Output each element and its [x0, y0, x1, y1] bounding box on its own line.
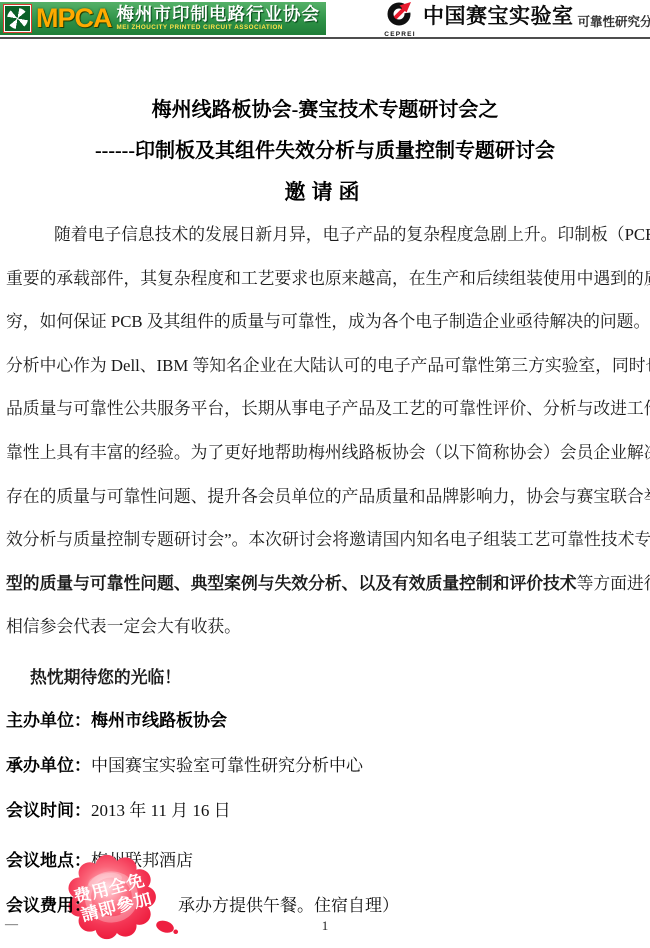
info-row-undertaker: 承办单位：中国赛宝实验室可靠性研究分析中心 [6, 751, 646, 781]
info-label: 会议地点： [6, 851, 91, 870]
seal-drip-dot [173, 930, 178, 935]
info-row-time: 会议时间：2013 年 11 月 16 日 [6, 796, 646, 826]
info-label: 主办单位： [6, 711, 91, 730]
ceprei-logo: CEPREI 中国赛宝实验室 可靠性研究分析中心 [383, 2, 650, 36]
body-line: 型的质量与可靠性问题、典型案例与失效分析、以及有效质量控制和评价技术等方面进行技… [6, 562, 646, 606]
body-text: 相信参会代表一定会大有收获。 [6, 617, 241, 636]
body-text: 随着电子信息技术的发展日新月异，电子产品的复杂程度急剧上升。印制板（PCB）作为… [54, 225, 650, 244]
info-value: 中国赛宝实验室可靠性研究分析中心 [91, 756, 363, 775]
body-line: 分析中心作为 Dell、IBM 等知名企业在大陆认可的电子产品可靠性第三方实验室… [6, 344, 646, 388]
mpca-chinese-name: 梅州市印制电路行业协会 [117, 5, 321, 24]
title-line-3: 邀请函 [0, 176, 650, 206]
mpca-english-name: MEI ZHOUCITY PRINTED CIRCUIT ASSOCIATION [117, 24, 321, 32]
body-text: 分析中心作为 Dell、IBM 等知名企业在大陆认可的电子产品可靠性第三方实验室… [6, 356, 650, 375]
body-text: 存在的质量与可靠性问题、提升各会员单位的产品质量和品牌影响力，协会与赛宝联合举办… [6, 487, 650, 506]
body-line: 靠性上具有丰富的经验。为了更好地帮助梅州线路板协会（以下简称协会）会员企业解决 … [6, 431, 646, 475]
body-text: 效分析与质量控制专题研讨会”。本次研讨会将邀请国内知名电子组装工艺可靠性技术专家… [6, 530, 650, 549]
header-divider [0, 37, 650, 39]
body-text: 靠性上具有丰富的经验。为了更好地帮助梅州线路板协会（以下简称协会）会员企业解决 … [6, 443, 650, 462]
title-line-2: ------印制板及其组件失效分析与质量控制专题研讨会 [0, 134, 650, 163]
body-text-bold: 型的质量与可靠性问题、典型案例与失效分析、以及有效质量控制和评价技术 [6, 574, 577, 593]
info-value: 承办方提供午餐。住宿自理） [178, 891, 399, 921]
pinwheel-glyph [7, 8, 28, 29]
body-paragraph: 随着电子信息技术的发展日新月异，电子产品的复杂程度急剧上升。印制板（PCB）作为… [6, 213, 646, 700]
info-value: 梅州市线路板协会 [91, 711, 227, 730]
info-label: 承办单位： [6, 756, 91, 775]
body-line: 效分析与质量控制专题研讨会”。本次研讨会将邀请国内知名电子组装工艺可靠性技术专家… [6, 518, 646, 562]
document-page: MPCA 梅州市印制电路行业协会 MEI ZHOUCITY PRINTED CI… [0, 0, 650, 948]
body-line: 穷，如何保证 PCB 及其组件的质量与可靠性，成为各个电子制造企业亟待解决的问题… [6, 300, 646, 344]
body-line: 相信参会代表一定会大有收获。 [6, 605, 646, 649]
ceprei-main-name: 中国赛宝实验室 [423, 2, 574, 32]
ceprei-sub-name: 可靠性研究分析中心 [578, 1, 650, 37]
mpca-logo: MPCA 梅州市印制电路行业协会 MEI ZHOUCITY PRINTED CI… [0, 2, 326, 35]
body-line: 随着电子信息技术的发展日新月异，电子产品的复杂程度急剧上升。印制板（PCB）作为… [6, 213, 646, 257]
body-text: 重要的承载部件，其复杂程度和工艺要求也原来越高，在生产和后续组装使用中遇到的质量… [6, 269, 650, 288]
body-text: 等方面进行技术交流与经验分享， [577, 574, 650, 593]
body-line: 存在的质量与可靠性问题、提升各会员单位的产品质量和品牌影响力，协会与赛宝联合举办… [6, 475, 646, 519]
body-line: 品质量与可靠性公共服务平台，长期从事电子产品及工艺的可靠性评价、分析与改进工作，… [6, 387, 646, 431]
closing-line: 热忱期待您的光临！ [6, 656, 646, 700]
title-line-1: 梅州线路板协会-赛宝技术专题研讨会之 [0, 93, 650, 122]
ceprei-circle-arrow-icon [386, 2, 414, 26]
body-text: 品质量与可靠性公共服务平台，长期从事电子产品及工艺的可靠性评价、分析与改进工作，… [6, 399, 650, 418]
seal-drip-blob [154, 918, 175, 935]
info-label: 会议费用： [6, 896, 91, 915]
body-text: 穷，如何保证 PCB 及其组件的质量与可靠性，成为各个电子制造企业亟待解决的问题… [6, 312, 650, 331]
mpca-pinwheel-icon [3, 4, 32, 33]
mpca-abbr: MPCA [36, 2, 112, 35]
info-row-organizer: 主办单位：梅州市线路板协会 [6, 706, 646, 736]
ceprei-icon-column: CEPREI [383, 2, 417, 38]
info-value: 2013 年 11 月 16 日 [91, 801, 231, 820]
body-line: 重要的承载部件，其复杂程度和工艺要求也原来越高，在生产和后续组装使用中遇到的质量… [6, 257, 646, 301]
info-label: 会议时间： [6, 801, 91, 820]
mpca-names: 梅州市印制电路行业协会 MEI ZHOUCITY PRINTED CIRCUIT… [117, 5, 321, 32]
